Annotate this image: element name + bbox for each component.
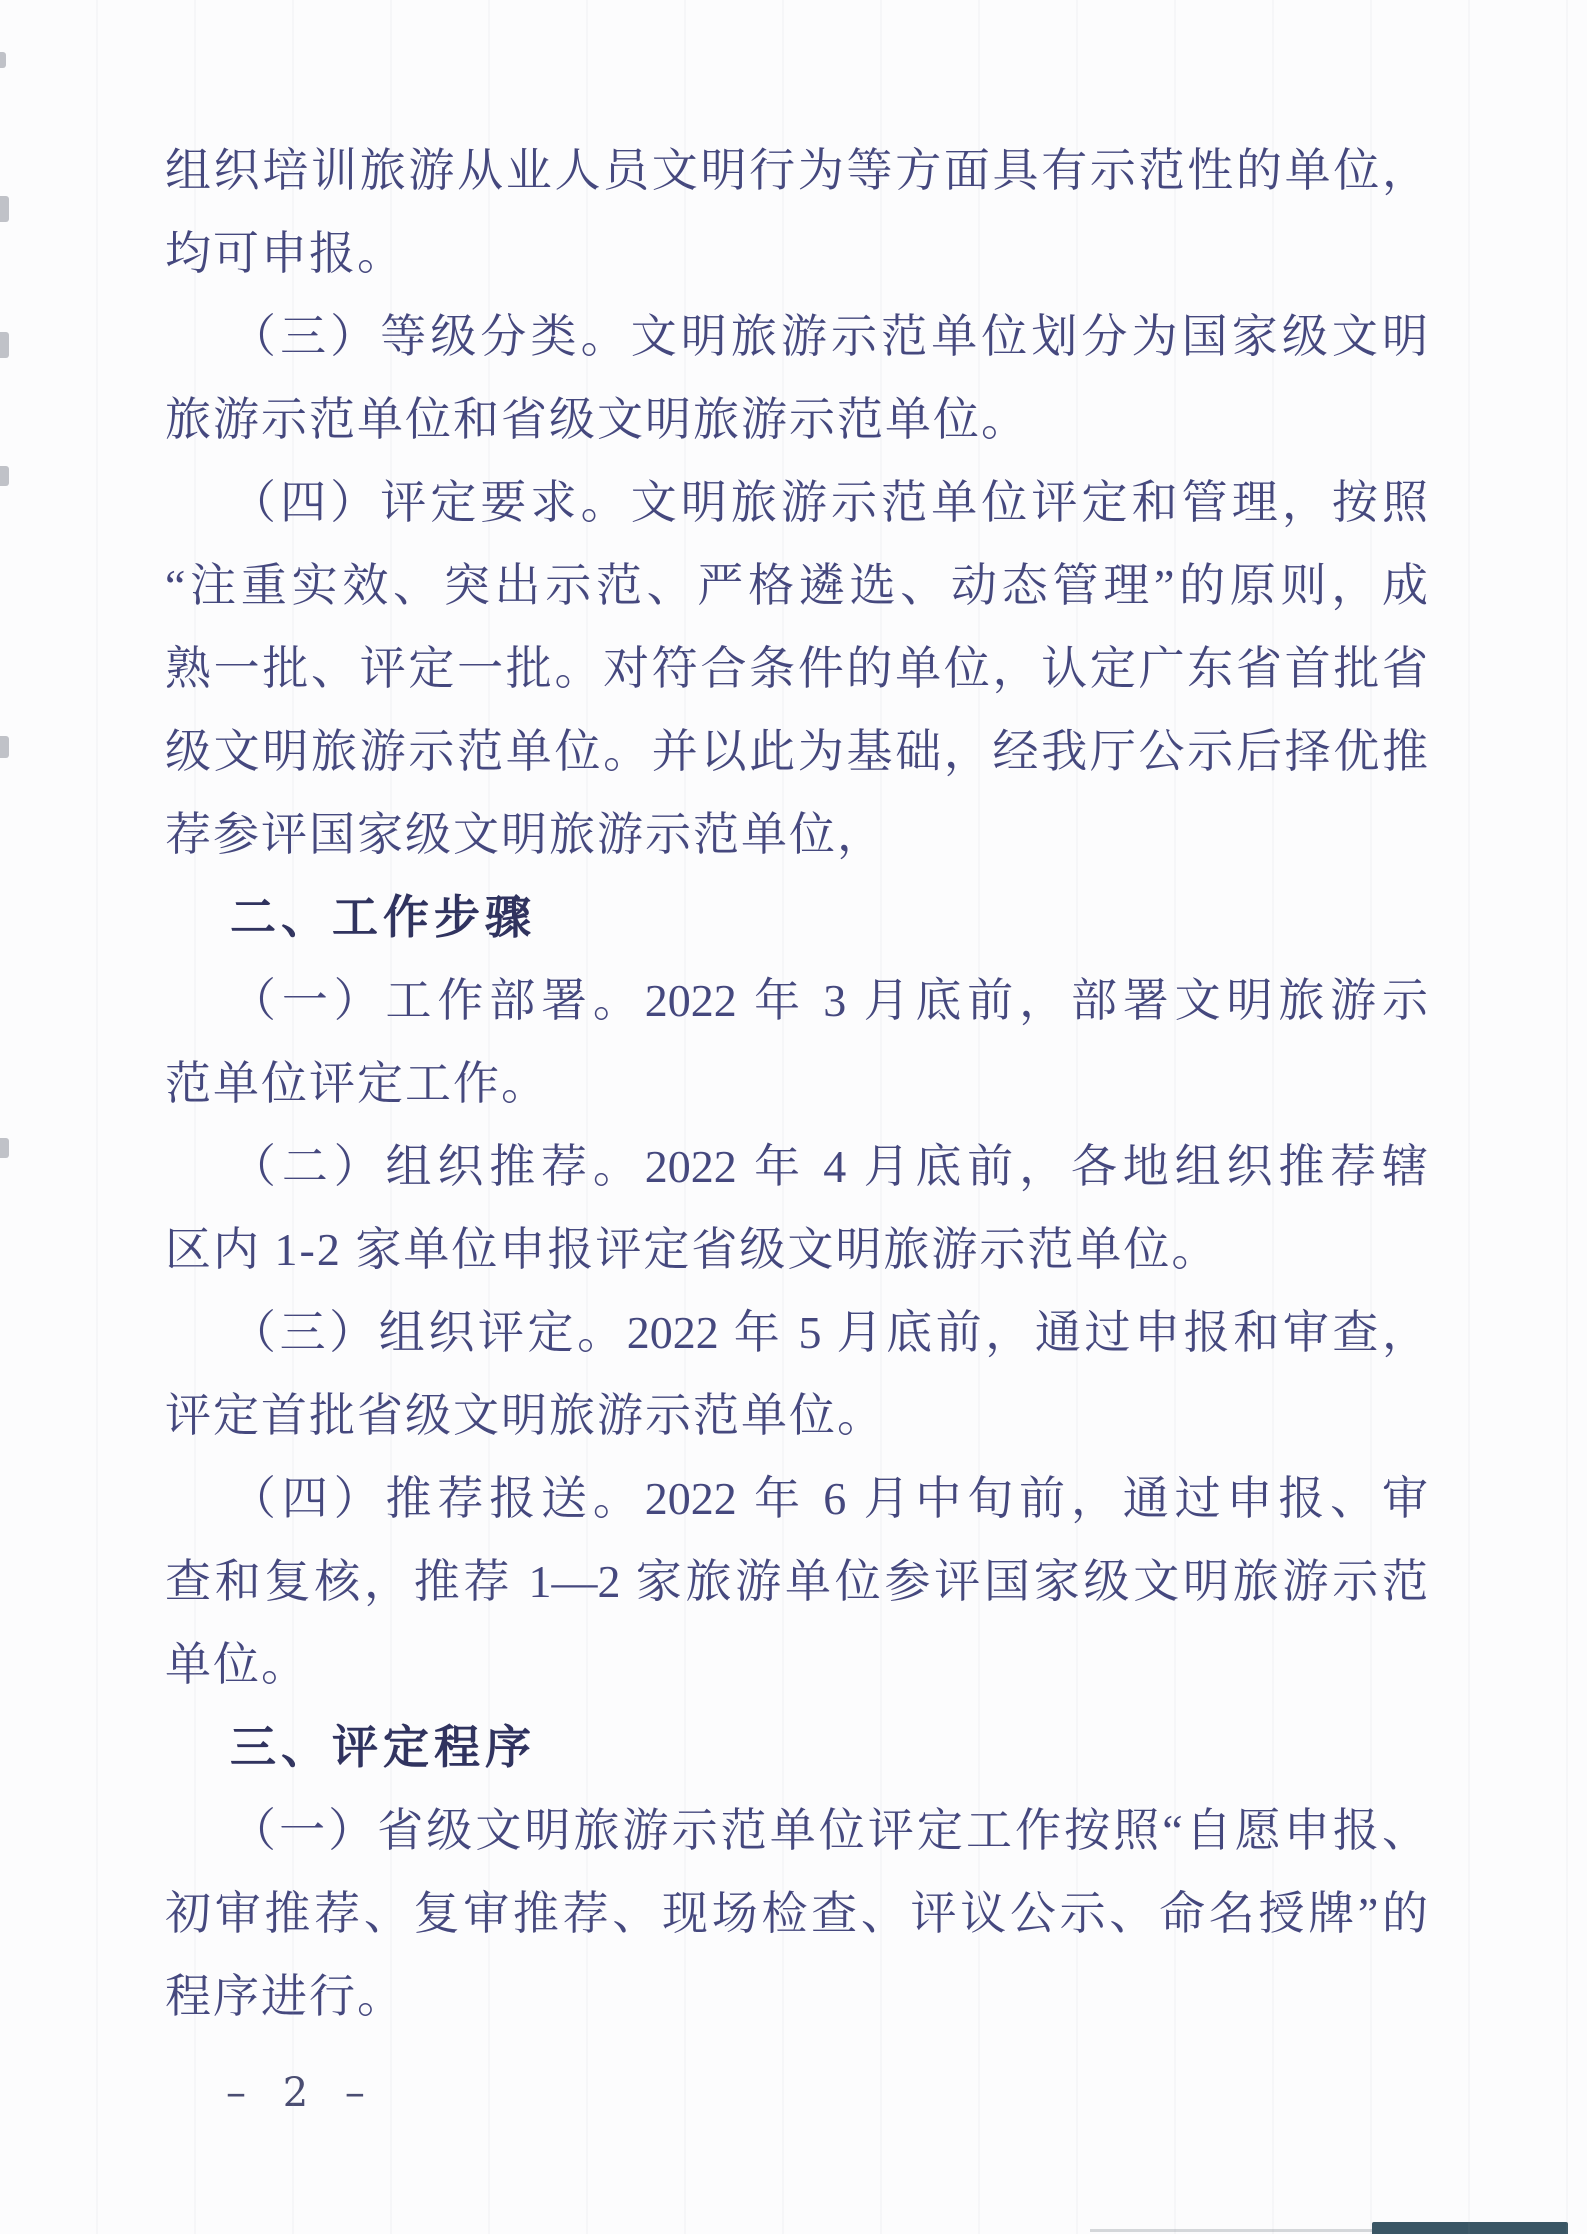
text-line: 查和复核，推荐 1—2 家旅游单位参评国家级文明旅游示范: [165, 1540, 1428, 1623]
scan-artifact: [0, 52, 6, 68]
text-line: 范单位评定工作。: [165, 1042, 1428, 1125]
document-page: 组织培训旅游从业人员文明行为等方面具有示范性的单位， 均可申报。 （三）等级分类…: [0, 0, 1587, 2234]
text-line: （三）等级分类。文明旅游示范单位划分为国家级文明: [165, 295, 1428, 378]
text-line: 均可申报。: [165, 212, 1428, 295]
scan-artifact: [0, 1138, 9, 1158]
text-line: 组织培训旅游从业人员文明行为等方面具有示范性的单位，: [165, 129, 1428, 212]
text-line: 区内 1-2 家单位申报评定省级文明旅游示范单位。: [165, 1208, 1428, 1291]
section-heading: 三、评定程序: [165, 1706, 1428, 1789]
corner-scan-bar: [1372, 2222, 1568, 2234]
document-text: 组织培训旅游从业人员文明行为等方面具有示范性的单位， 均可申报。 （三）等级分类…: [165, 129, 1428, 2038]
text-line: 评定首批省级文明旅游示范单位。: [165, 1374, 1428, 1457]
text-line: （三）组织评定。2022 年 5 月底前，通过申报和审查，: [165, 1291, 1428, 1374]
text-line: 荐参评国家级文明旅游示范单位，: [165, 793, 1428, 876]
text-line: （四）评定要求。文明旅游示范单位评定和管理，按照: [165, 461, 1428, 544]
text-line: 程序进行。: [165, 1955, 1428, 2038]
scan-smudge: [1090, 2229, 1402, 2232]
text-line: （四）推荐报送。2022 年 6 月中旬前，通过申报、审: [165, 1457, 1428, 1540]
scan-artifact: [0, 736, 9, 758]
page-number: – 2 –: [226, 2052, 377, 2135]
text-line: 旅游示范单位和省级文明旅游示范单位。: [165, 378, 1428, 461]
scan-artifact: [0, 466, 9, 486]
text-line: （一）省级文明旅游示范单位评定工作按照“自愿申报、: [165, 1789, 1428, 1872]
text-line: （一）工作部署。2022 年 3 月底前，部署文明旅游示: [165, 959, 1428, 1042]
text-line: 级文明旅游示范单位。并以此为基础，经我厅公示后择优推: [165, 710, 1428, 793]
section-heading: 二、工作步骤: [165, 876, 1428, 959]
text-line: 熟一批、评定一批。对符合条件的单位，认定广东省首批省: [165, 627, 1428, 710]
text-line: 初审推荐、复审推荐、现场检查、评议公示、命名授牌”的: [165, 1872, 1428, 1955]
text-line: 单位。: [165, 1623, 1428, 1706]
scan-artifact: [0, 332, 9, 358]
scan-artifact: [0, 196, 9, 222]
text-line: （二）组织推荐。2022 年 4 月底前，各地组织推荐辖: [165, 1125, 1428, 1208]
text-line: “注重实效、突出示范、严格遴选、动态管理”的原则，成: [165, 544, 1428, 627]
